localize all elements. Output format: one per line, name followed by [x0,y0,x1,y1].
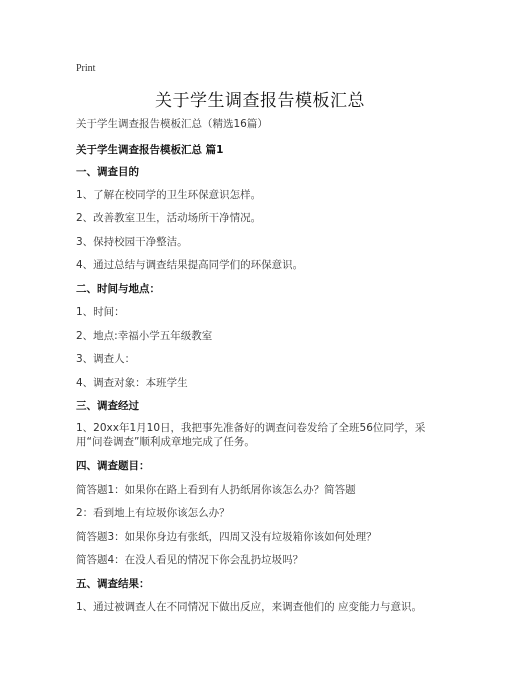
section-heading: 一、调查目的 [76,164,139,179]
print-label: Print [76,63,95,74]
list-item: 2、改善教室卫生，活动场所干净情况。 [76,210,261,225]
list-item: 简答题3：如果你身边有张纸，四周又没有垃圾箱你该如何处理？ [76,529,377,544]
list-item: 1、了解在校同学的卫生环保意识怎样。 [76,187,261,202]
section-heading: 三、调查经过 [76,398,139,413]
section-heading: 二、时间与地点： [76,281,160,296]
chapter-heading: 关于学生调查报告模板汇总 篇1 [76,142,223,157]
section-heading: 四、调查题目： [76,458,150,473]
document-title: 关于学生调查报告模板汇总 [0,86,520,111]
section-heading: 五、调查结果： [76,576,150,591]
list-item: 1、时间： [76,304,125,319]
list-item: 4、通过总结与调查结果提高同学们的环保意识。 [76,257,303,272]
list-item: 2、地点:幸福小学五年级教室 [76,328,212,343]
document-subtitle: 关于学生调查报告模板汇总（精选16篇） [76,116,268,131]
document-page: Print 关于学生调查报告模板汇总 关于学生调查报告模板汇总（精选16篇） 关… [0,0,520,673]
paragraph: 1、20xx年1月10日，我把事先准备好的调查问卷发给了全班56位同学，采用“问… [76,421,436,449]
list-item: 1、通过被调查人在不同情况下做出反应，来调查他们的 应变能力与意识。 [76,599,422,614]
list-item: 简答题1：如果你在路上看到有人扔纸屑你该怎么办？简答题 [76,482,356,497]
list-item: 3、调查人： [76,351,135,366]
list-item: 4、调查对象：本班学生 [76,375,188,390]
list-item: 简答题4：在没人看见的情况下你会乱扔垃圾吗？ [76,552,303,567]
list-item: 3、保持校园干净整洁。 [76,234,188,249]
list-item: 2：看到地上有垃圾你该怎么办？ [76,505,230,520]
